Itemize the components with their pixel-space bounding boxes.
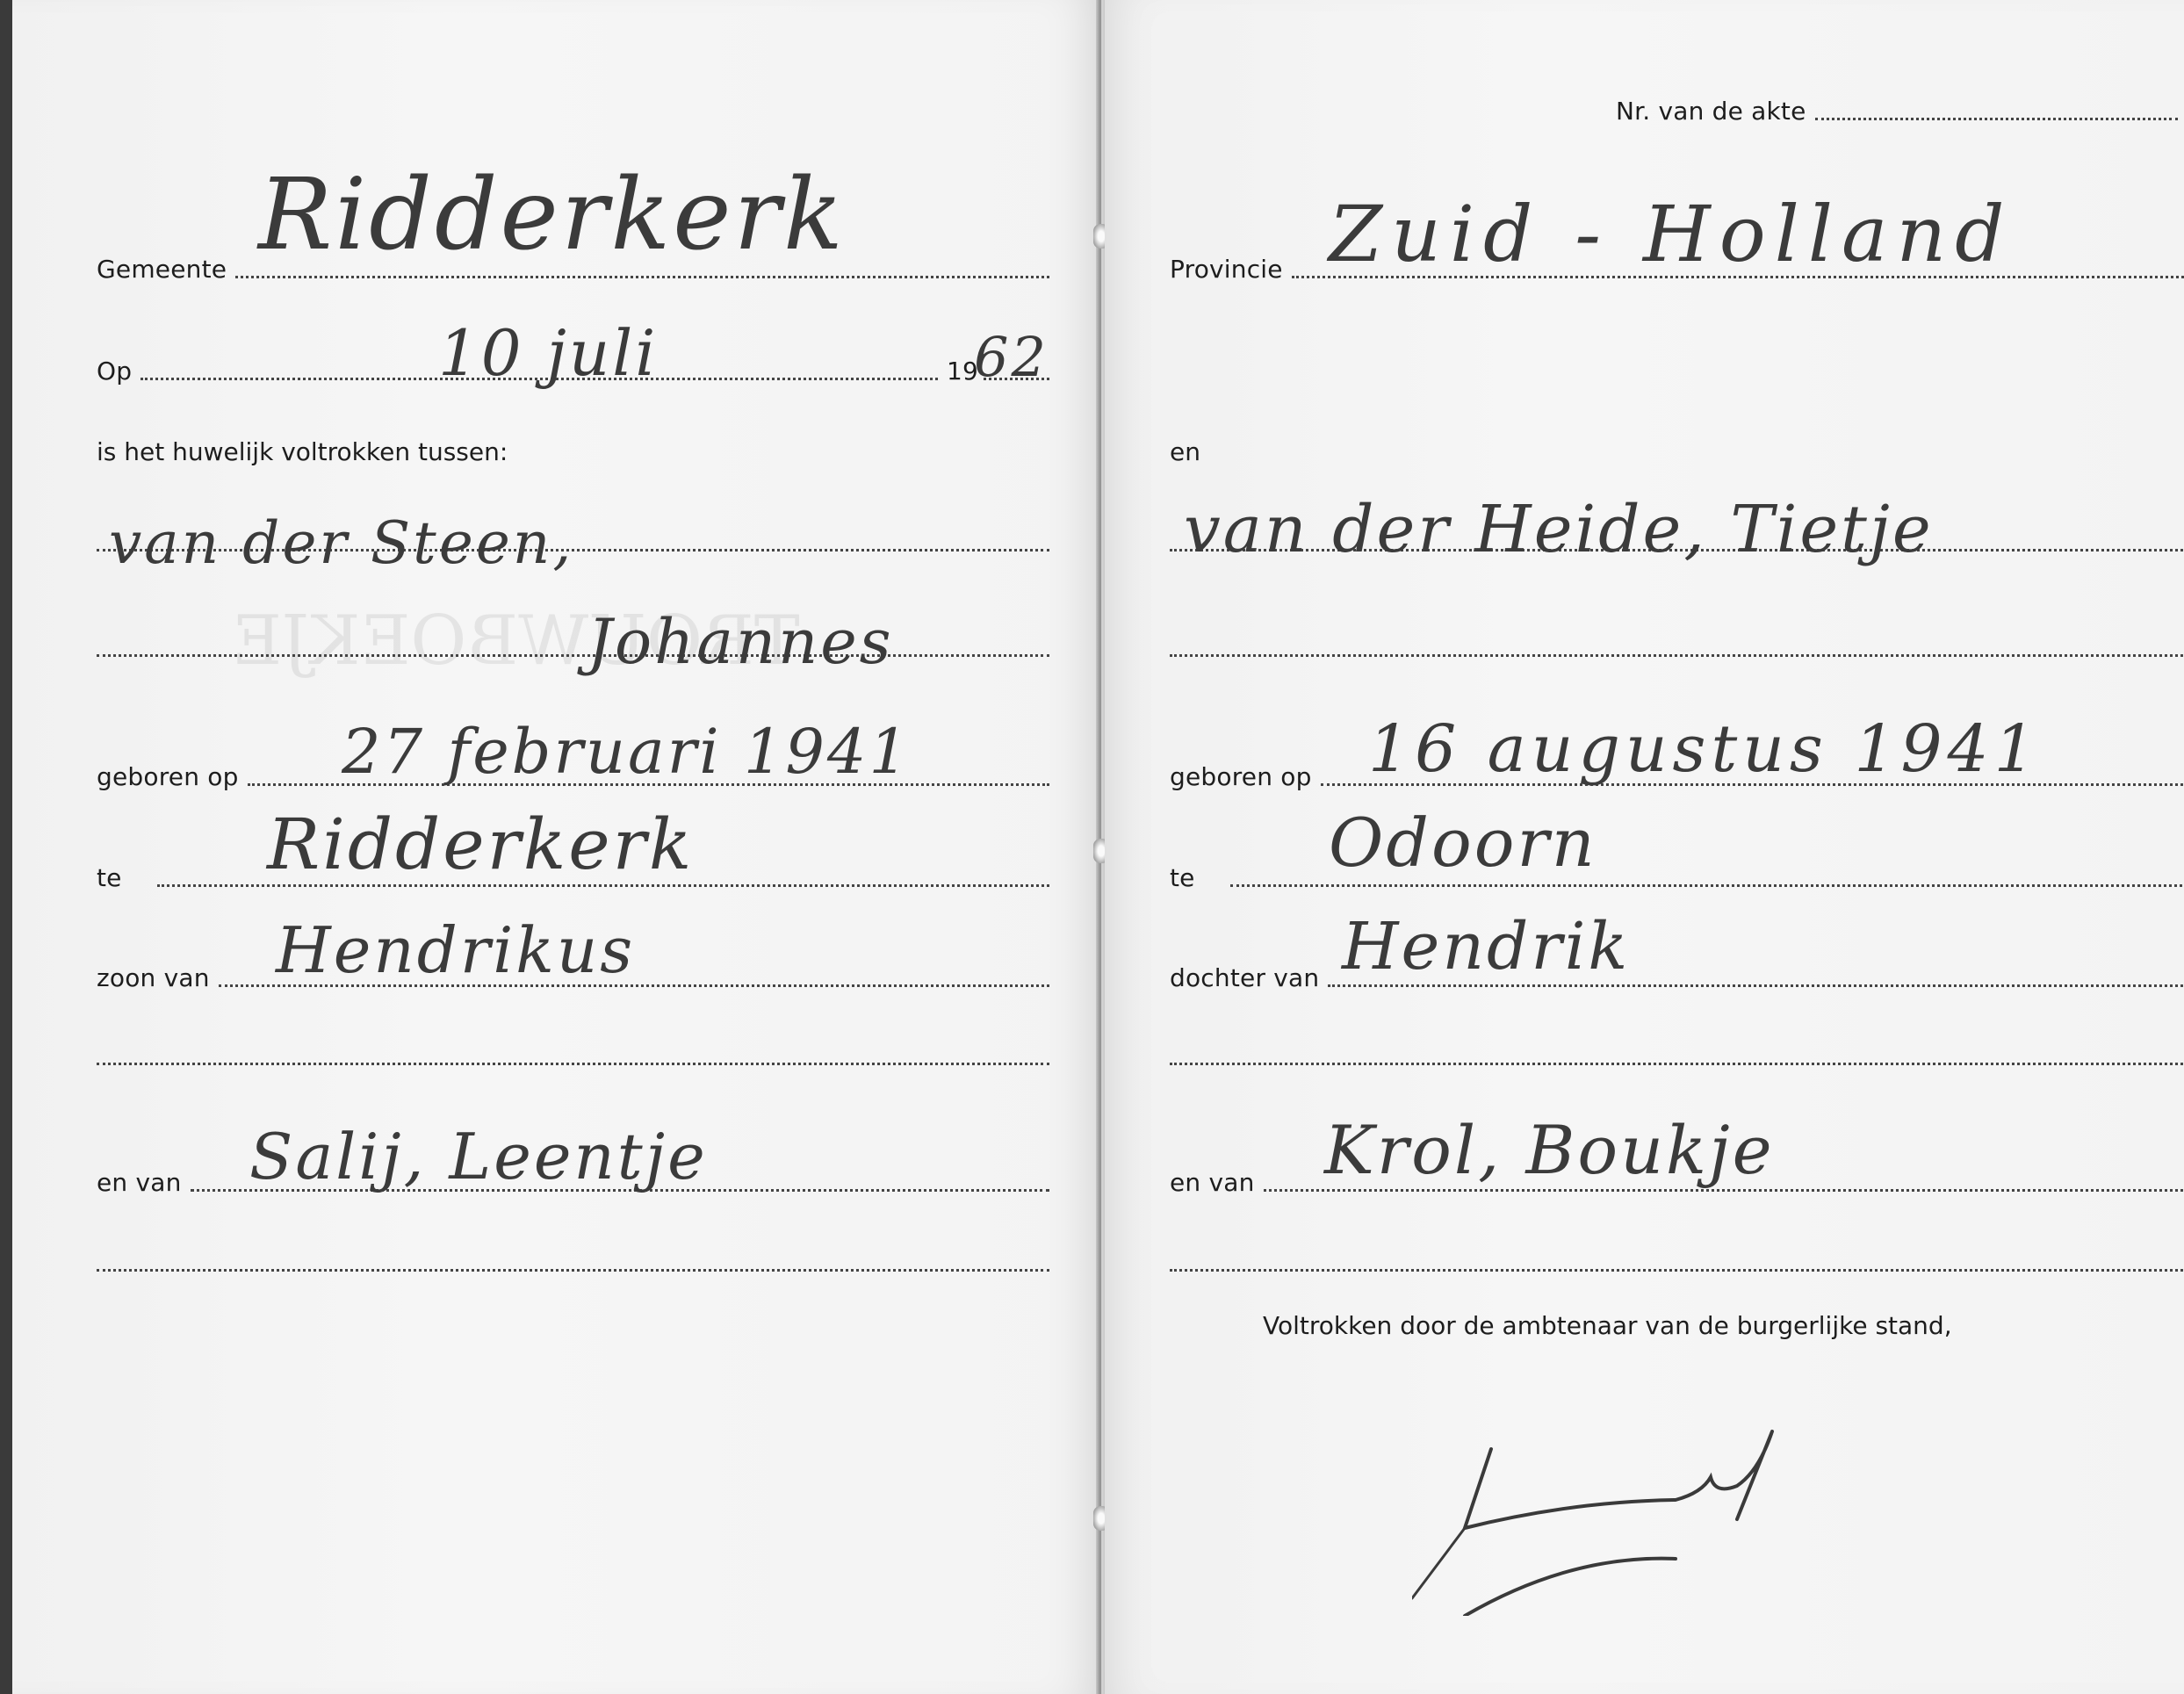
bride-father-label: dochter van [1170, 963, 1319, 994]
bride-father-value: Hendrik [1342, 909, 1630, 984]
groom-blank-row-2 [97, 1269, 1049, 1279]
groom-mother-label: en van [97, 1168, 182, 1199]
right-page: Nr. van de akte Provincie Zuid - Holland… [1105, 0, 2184, 1694]
bride-father-row: dochter van [1170, 963, 2184, 994]
signature-icon [1412, 1423, 1781, 1616]
year-suffix: 62 [974, 325, 1049, 389]
groom-blank-row [97, 1063, 1049, 1072]
bride-mother-label: en van [1170, 1168, 1255, 1199]
and-label: en [1170, 437, 1200, 466]
bride-blank-row-2 [1170, 1269, 2184, 1279]
bride-blank-row [1170, 1063, 2184, 1072]
groom-place-label: te [97, 863, 122, 894]
bride-place-value: Odoorn [1329, 804, 1597, 882]
intro-text: is het huwelijk voltrokken tussen: [97, 437, 508, 466]
groom-born-label: geboren op [97, 762, 239, 793]
bride-mother-value: Krol, Boukje [1324, 1111, 1775, 1189]
bride-place-row: te [1170, 863, 2184, 894]
groom-born-value: 27 februari 1941 [342, 716, 911, 788]
closing-text: Voltrokken door de ambtenaar van de burg… [1263, 1311, 1952, 1340]
bride-place-label: te [1170, 863, 1195, 894]
akte-label: Nr. van de akte [1616, 97, 1806, 127]
op-label: Op [97, 357, 132, 387]
akte-row: Nr. van de akte [1616, 97, 2178, 127]
groom-father-value: Hendrikus [276, 913, 635, 987]
groom-place-value: Ridderkerk [267, 804, 694, 885]
groom-mother-value: Salij, Leentje [249, 1120, 708, 1193]
bride-born-value: 16 augustus 1941 [1368, 711, 2041, 787]
gemeente-label: Gemeente [97, 255, 227, 285]
provincie-label: Provincie [1170, 255, 1283, 285]
op-value: 10 juli [438, 316, 658, 390]
groom-father-label: zoon van [97, 963, 210, 994]
left-page: TROUWBOEKJE Gemeente Ridderkerk Op 19 10… [0, 0, 1098, 1694]
akte-dotted-line [1815, 118, 2178, 120]
groom-given-names: Johannes [587, 606, 894, 678]
groom-given-row [97, 654, 1049, 664]
gemeente-dotted-line [235, 276, 1049, 278]
groom-surname: van der Steen, [109, 509, 573, 577]
booklet-spread: TROUWBOEKJE Gemeente Ridderkerk Op 19 10… [0, 0, 2184, 1694]
provincie-value: Zuid - Holland [1329, 189, 2013, 279]
bride-blank-row [1170, 654, 2184, 664]
bride-name: van der Heide, Tietje [1184, 492, 1934, 567]
gemeente-value: Ridderkerk [258, 158, 846, 272]
bride-born-label: geboren op [1170, 762, 1312, 793]
